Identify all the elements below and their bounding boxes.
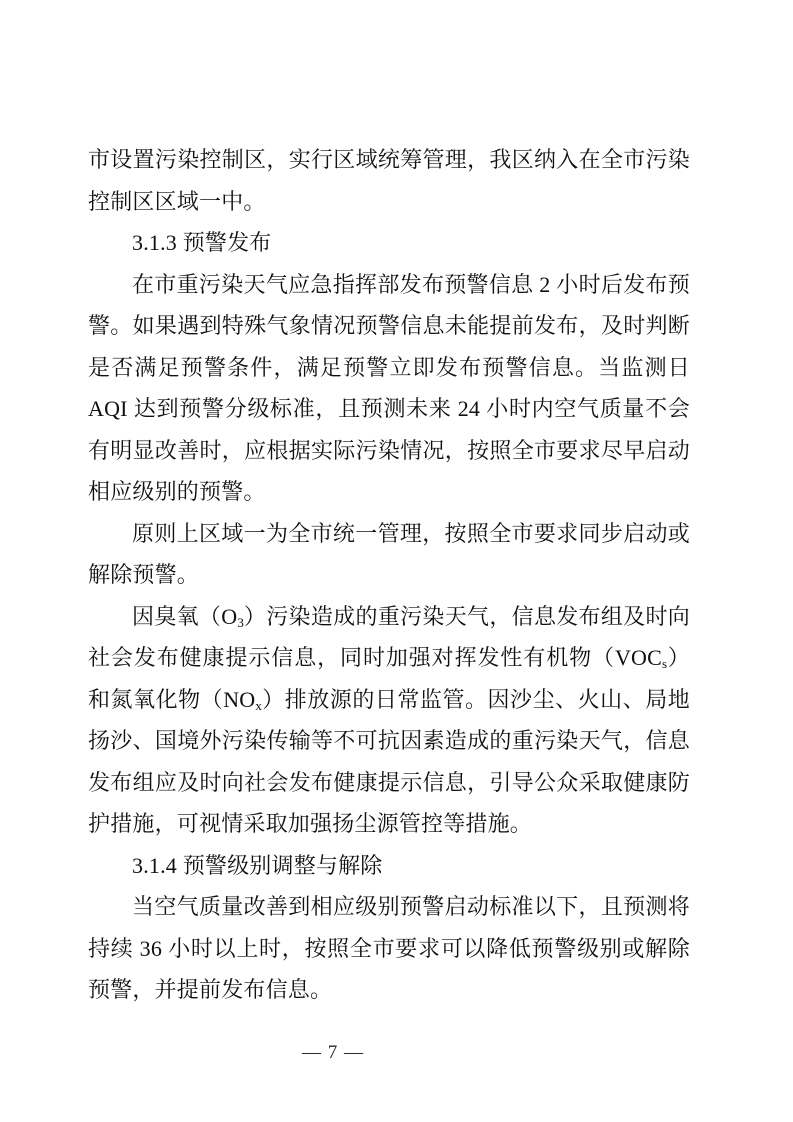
text-line: 市设置污染控制区，实行区域统筹管理，我区纳入在全市污染: [88, 139, 690, 181]
document-body: 市设置污染控制区，实行区域统筹管理，我区纳入在全市污染控制区区域一中。3.1.3…: [88, 139, 690, 1011]
text-line: 持续 36 小时以上时，按照全市要求可以降低预警级别或解除: [88, 928, 690, 970]
section-heading: 3.1.4 预警级别调整与解除: [88, 845, 690, 887]
text-line: 社会发布健康提示信息，同时加强对挥发性有机物（VOCs）: [88, 637, 690, 679]
text-line: 发布组应及时向社会发布健康提示信息，引导公众采取健康防: [88, 762, 690, 804]
text-segment: 市设置污染控制区，实行区域统筹管理，我区纳入在全市污染: [88, 147, 690, 172]
text-segment: ）排放源的日常监管。因沙尘、火山、局地: [262, 687, 690, 712]
text-segment: 当空气质量改善到相应级别预警启动标准以下，且预测将: [132, 894, 690, 919]
text-segment: 社会发布健康提示信息，同时加强对挥发性有机物（VOC: [88, 645, 662, 670]
section-heading: 3.1.3 预警发布: [88, 222, 690, 264]
text-line: 原则上区域一为全市统一管理，按照全市要求同步启动或: [88, 513, 690, 555]
text-line: 控制区区域一中。: [88, 181, 690, 223]
text-segment: 3.1.4 预警级别调整与解除: [132, 853, 383, 878]
document-page: 市设置污染控制区，实行区域统筹管理，我区纳入在全市污染控制区区域一中。3.1.3…: [0, 0, 793, 1122]
text-segment: 和氮氧化物（NO: [88, 687, 255, 712]
text-segment: 3.1.3 预警发布: [132, 230, 272, 255]
text-line: 因臭氧（O3）污染造成的重污染天气，信息发布组及时向: [88, 596, 690, 638]
text-segment: 警。如果遇到特殊气象情况预警信息未能提前发布，及时判断: [88, 313, 690, 338]
text-line: 解除预警。: [88, 554, 690, 596]
text-segment: 解除预警。: [88, 562, 199, 587]
text-line: 有明显改善时，应根据实际污染情况，按照全市要求尽早启动: [88, 430, 690, 472]
text-line: 当空气质量改善到相应级别预警启动标准以下，且预测将: [88, 886, 690, 928]
text-line: 护措施，可视情采取加强扬尘源管控等措施。: [88, 803, 690, 845]
text-segment: 原则上区域一为全市统一管理，按照全市要求同步启动或: [132, 521, 690, 546]
text-line: 扬沙、国境外污染传输等不可抗因素造成的重污染天气，信息: [88, 720, 690, 762]
text-segment: ）: [667, 645, 690, 670]
text-line: 是否满足预警条件，满足预警立即发布预警信息。当监测日: [88, 347, 690, 389]
text-segment: 发布组应及时向社会发布健康提示信息，引导公众采取健康防: [88, 770, 690, 795]
text-segment: 持续 36 小时以上时，按照全市要求可以降低预警级别或解除: [88, 936, 690, 961]
page-footer: — 7 —: [233, 1040, 433, 1066]
text-segment: 扬沙、国境外污染传输等不可抗因素造成的重污染天气，信息: [88, 728, 690, 753]
text-segment: 预警，并提前发布信息。: [88, 977, 332, 1002]
text-segment: 护措施，可视情采取加强扬尘源管控等措施。: [88, 811, 532, 836]
text-line: 和氮氧化物（NOx）排放源的日常监管。因沙尘、火山、局地: [88, 679, 690, 721]
text-line: 在市重污染天气应急指挥部发布预警信息 2 小时后发布预: [88, 264, 690, 306]
text-segment: 有明显改善时，应根据实际污染情况，按照全市要求尽早启动: [88, 438, 690, 463]
text-segment: 相应级别的预警。: [88, 479, 266, 504]
text-line: 警。如果遇到特殊气象情况预警信息未能提前发布，及时判断: [88, 305, 690, 347]
text-segment: 是否满足预警条件，满足预警立即发布预警信息。当监测日: [88, 355, 690, 380]
text-segment: ）污染造成的重污染天气，信息发布组及时向: [244, 604, 690, 629]
page-number: — 7 —: [302, 1042, 364, 1063]
text-segment: 控制区区域一中。: [88, 189, 266, 214]
text-line: 预警，并提前发布信息。: [88, 969, 690, 1011]
text-line: 相应级别的预警。: [88, 471, 690, 513]
text-segment: 因臭氧（O: [132, 604, 237, 629]
text-segment: 在市重污染天气应急指挥部发布预警信息 2 小时后发布预: [132, 272, 690, 297]
text-segment: AQI 达到预警分级标准，且预测未来 24 小时内空气质量不会: [88, 396, 690, 421]
text-line: AQI 达到预警分级标准，且预测未来 24 小时内空气质量不会: [88, 388, 690, 430]
